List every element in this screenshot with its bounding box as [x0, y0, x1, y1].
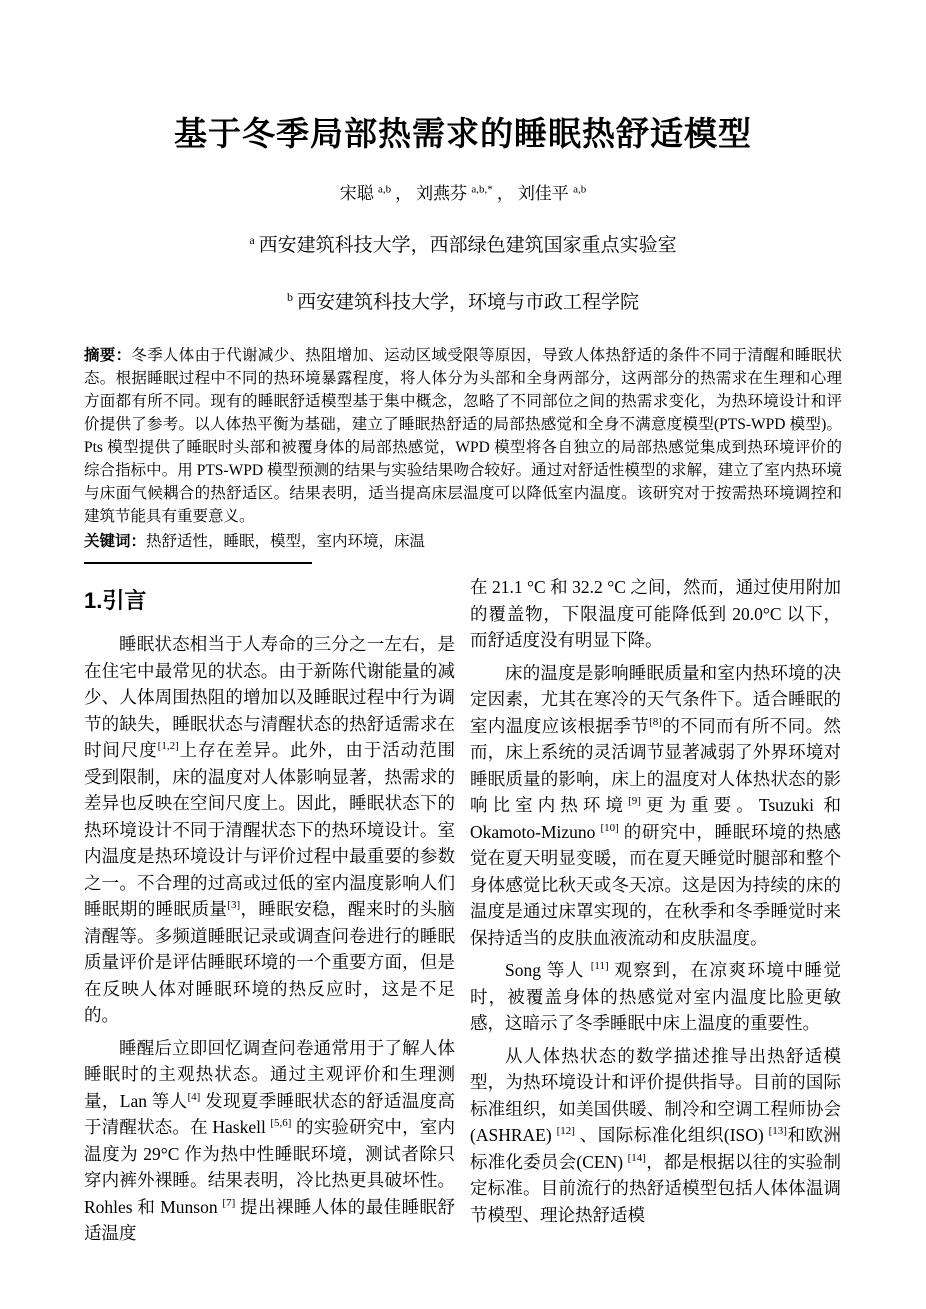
two-column-body: 1.引言 睡眠状态相当于人寿命的三分之一左右，是在住宅中最常见的状态。由于新陈代… [84, 574, 842, 1253]
paragraph: 睡醒后立即回忆调查问卷通常用于了解人体睡眠时的主观热状态。通过主观评价和生理测量… [84, 1035, 455, 1247]
author-affiliation-marker: a,b [378, 183, 391, 195]
paragraph: 从人体热状态的数学描述推导出热舒适模型，为热环境设计和评价提供指导。目前的国际标… [470, 1043, 841, 1229]
reference-marker: [13] [769, 1125, 787, 1137]
right-paragraphs: 在 21.1 °C 和 32.2 °C 之间，然而，通过使用附加的覆盖物，下限温… [470, 574, 841, 1228]
keywords-label: 关键词： [84, 533, 146, 550]
column-right: 在 21.1 °C 和 32.2 °C 之间，然而，通过使用附加的覆盖物，下限温… [470, 574, 841, 1234]
abstract: 摘要：冬季人体由于代谢减少、热阻增加、运动区域受限等原因，导致人体热舒适的条件不… [84, 344, 842, 528]
reference-marker: [3] [227, 899, 240, 911]
keywords-divider [84, 562, 312, 564]
reference-marker: [5,6] [270, 1117, 291, 1129]
reference-marker: [1,2] [158, 740, 179, 752]
paragraph: 睡眠状态相当于人寿命的三分之一左右，是在住宅中最常见的状态。由于新陈代谢能量的减… [84, 631, 455, 1029]
affiliations-block: a西安建筑科技大学，西部绿色建筑国家重点实验室b西安建筑科技大学，环境与市政工程… [84, 230, 842, 314]
author-separator: ， [391, 184, 416, 203]
authors-line: 宋聪 a,b，刘燕芬 a,b,*，刘佳平 a,b [84, 179, 842, 204]
reference-marker: [11] [591, 960, 609, 972]
affiliation: a西安建筑科技大学，西部绿色建筑国家重点实验室 [84, 230, 842, 257]
reference-marker: [14] [628, 1152, 646, 1164]
paragraph: Song 等人 [11] 观察到，在凉爽环境中睡觉时，被覆盖身体的热感觉对室内温… [470, 957, 841, 1037]
keywords-text: 热舒适性，睡眠，模型，室内环境，床温 [146, 533, 425, 550]
column-left: 1.引言 睡眠状态相当于人寿命的三分之一左右，是在住宅中最常见的状态。由于新陈代… [84, 574, 455, 1253]
author: 刘燕芬 a,b,* [416, 184, 493, 203]
reference-marker: [12] [557, 1125, 575, 1137]
author-affiliation-marker: a,b [573, 183, 586, 195]
reference-marker: [9] [628, 795, 641, 807]
author: 刘佳平 a,b [518, 184, 586, 203]
reference-marker: [7] [222, 1197, 235, 1209]
affiliation: b西安建筑科技大学，环境与市政工程学院 [84, 287, 842, 314]
affiliation-marker: a [249, 233, 254, 247]
reference-marker: [10] [600, 822, 618, 834]
paper-page: 基于冬季局部热需求的睡眠热舒适模型 宋聪 a,b，刘燕芬 a,b,*，刘佳平 a… [0, 0, 926, 1309]
paragraph: 床的温度是影响睡眠质量和室内热环境的决定因素，尤其在寒冷的天气条件下。适合睡眠的… [470, 660, 841, 952]
author-affiliation-marker: a,b,* [471, 183, 492, 195]
keywords: 关键词：热舒适性，睡眠，模型，室内环境，床温 [84, 530, 842, 553]
abstract-label: 摘要： [84, 347, 131, 364]
paper-title: 基于冬季局部热需求的睡眠热舒适模型 [84, 108, 842, 155]
abstract-text: 冬季人体由于代谢减少、热阻增加、运动区域受限等原因，导致人体热舒适的条件不同于清… [84, 347, 842, 525]
reference-marker: [8] [649, 716, 662, 728]
section-heading: 1.引言 [84, 584, 455, 615]
author: 宋聪 a,b [340, 184, 391, 203]
paragraph: 在 21.1 °C 和 32.2 °C 之间，然而，通过使用附加的覆盖物，下限温… [470, 574, 841, 654]
author-separator: ， [493, 184, 518, 203]
affiliation-marker: b [287, 290, 293, 304]
left-paragraphs: 睡眠状态相当于人寿命的三分之一左右，是在住宅中最常见的状态。由于新陈代谢能量的减… [84, 631, 455, 1247]
reference-marker: [4] [187, 1091, 200, 1103]
